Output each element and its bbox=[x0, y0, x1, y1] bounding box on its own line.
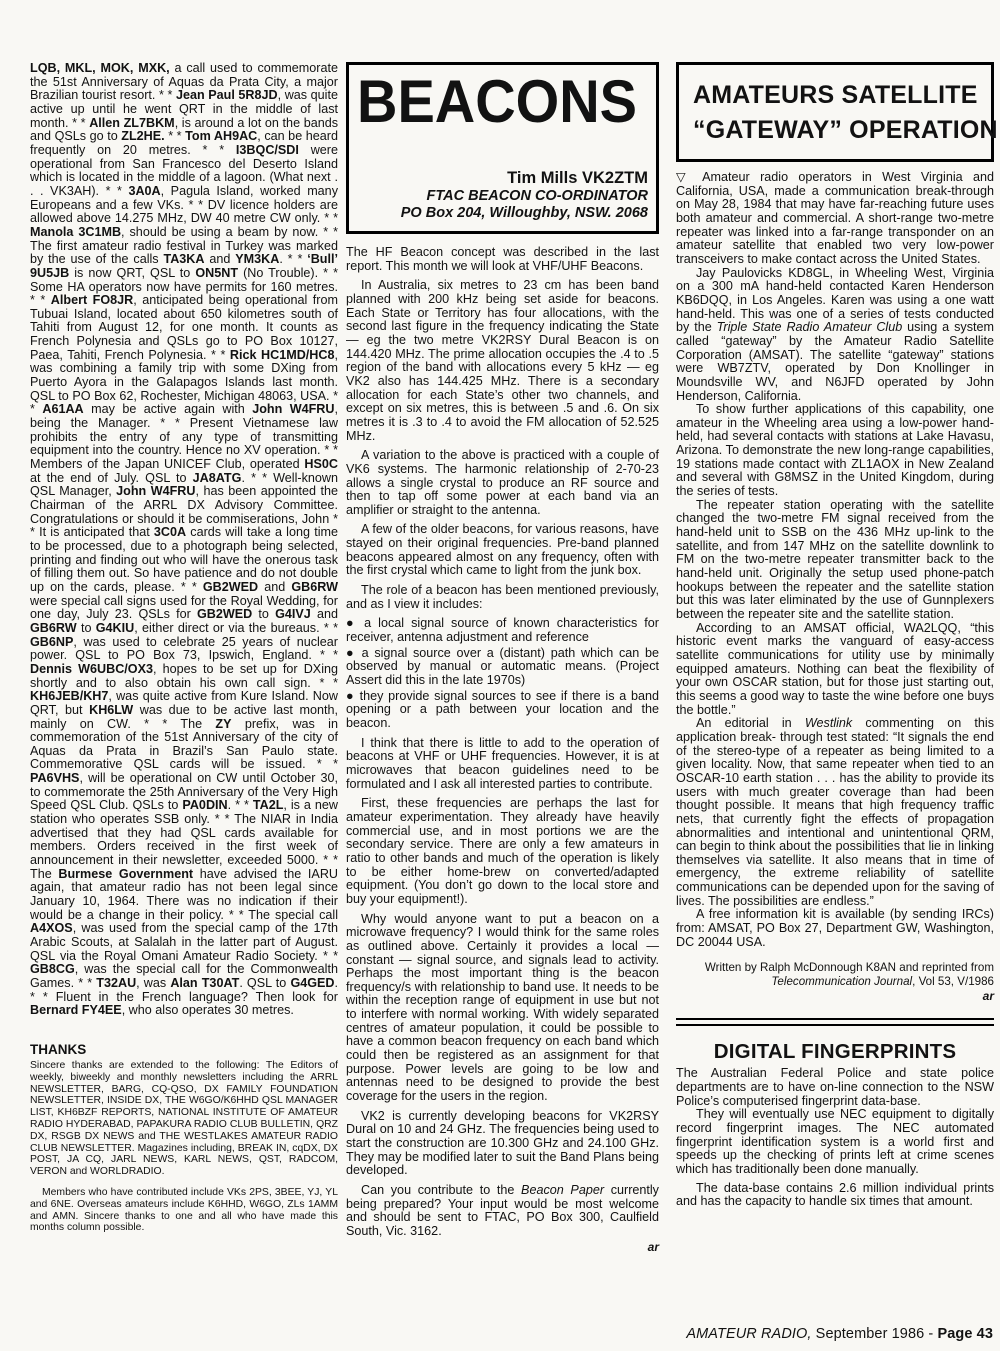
fingerprints-paragraph: The Australian Federal Police and state … bbox=[676, 1067, 994, 1108]
satellite-paragraph: A free information kit is available (by … bbox=[676, 908, 994, 949]
satellite-header-box: AMATEURS SATELLITE “GATEWAY” OPERATION bbox=[676, 62, 994, 162]
satellite-paragraph: Jay Paulovicks KD8GL, in Wheeling West, … bbox=[676, 267, 994, 404]
author-address: PO Box 204, Willoughby, NSW. 2068 bbox=[357, 205, 648, 223]
satellite-credit-line: Written by Ralph McDonnough K8AN and rep… bbox=[676, 961, 994, 988]
thanks-section: THANKS Sincere thanks are extended to th… bbox=[30, 1042, 338, 1234]
fingerprints-paragraph: The data-base contains 2.6 million indiv… bbox=[676, 1182, 994, 1209]
satellite-title-line2: “GATEWAY” OPERATION bbox=[693, 113, 981, 148]
beacons-bullet-item: ● a local signal source of known charact… bbox=[346, 617, 659, 644]
dx-notes-paragraph: LQB, MKL, MOK, MXK, a call used to comme… bbox=[30, 62, 338, 1018]
fingerprints-title: DIGITAL FINGERPRINTS bbox=[676, 1040, 994, 1064]
article-end-mark: ar bbox=[346, 1241, 659, 1253]
beacons-byline: Tim Mills VK2ZTM FTAC BEACON CO-ORDINATO… bbox=[357, 168, 648, 224]
satellite-paragraph: To show further applications of this cap… bbox=[676, 403, 994, 499]
satellite-title-line1: AMATEURS SATELLITE bbox=[693, 78, 981, 113]
satellite-paragraph: The repeater station operating with the … bbox=[676, 499, 994, 622]
beacons-header-box: BEACONS Tim Mills VK2ZTM FTAC BEACON CO-… bbox=[346, 62, 659, 234]
thanks-paragraph: Sincere thanks are extended to the follo… bbox=[30, 1060, 338, 1178]
article-end-mark: ar bbox=[676, 990, 994, 1002]
beacons-closing-paragraph: Can you contribute to the Beacon Paper c… bbox=[346, 1184, 659, 1239]
thanks-heading: THANKS bbox=[30, 1042, 338, 1057]
beacons-paragraph: In Australia, six metres to 23 cm has be… bbox=[346, 279, 659, 443]
beacons-article: BEACONS Tim Mills VK2ZTM FTAC BEACON CO-… bbox=[346, 62, 659, 1253]
page-footer: AMATEUR RADIO, September 1986 - Page 43 bbox=[686, 1326, 993, 1342]
magazine-page: LQB, MKL, MOK, MXK, a call used to comme… bbox=[0, 0, 1000, 1351]
beacons-paragraph: A few of the older beacons, for various … bbox=[346, 523, 659, 578]
beacons-paragraph: VK2 is currently developing beacons for … bbox=[346, 1110, 659, 1178]
fingerprints-paragraph: They will eventually use NEC equipment t… bbox=[676, 1108, 994, 1176]
beacons-bullet-item: ● a signal source over a (distant) path … bbox=[346, 647, 659, 688]
satellite-paragraph: ▽ Amateur radio operators in West Virgin… bbox=[676, 171, 994, 267]
right-column: AMATEURS SATELLITE “GATEWAY” OPERATION ▽… bbox=[676, 62, 994, 1209]
beacons-paragraph: First, these frequencies are perhaps the… bbox=[346, 797, 659, 906]
beacons-paragraph: Why would anyone want to put a beacon on… bbox=[346, 913, 659, 1104]
beacons-paragraph: A variation to the above is practiced wi… bbox=[346, 449, 659, 517]
thanks-contributors-paragraph: Members who have contributed include VKs… bbox=[30, 1187, 338, 1234]
beacons-title: BEACONS bbox=[357, 71, 648, 131]
section-divider-rule bbox=[676, 1018, 994, 1026]
author-role: FTAC BEACON CO-ORDINATOR bbox=[357, 188, 648, 206]
satellite-paragraph: According to an AMSAT official, WA2LQQ, … bbox=[676, 622, 994, 718]
beacons-paragraph: I think that there is little to add to t… bbox=[346, 737, 659, 792]
beacons-paragraph: The role of a beacon has been mentioned … bbox=[346, 584, 659, 611]
dx-notes-column: LQB, MKL, MOK, MXK, a call used to comme… bbox=[30, 62, 338, 1234]
satellite-paragraph: An editorial in Westlink commenting on t… bbox=[676, 717, 994, 908]
author-name: Tim Mills VK2ZTM bbox=[357, 168, 648, 188]
beacons-bullet-item: ● they provide signal sources to see if … bbox=[346, 690, 659, 731]
beacons-paragraph: The HF Beacon concept was described in t… bbox=[346, 246, 659, 273]
